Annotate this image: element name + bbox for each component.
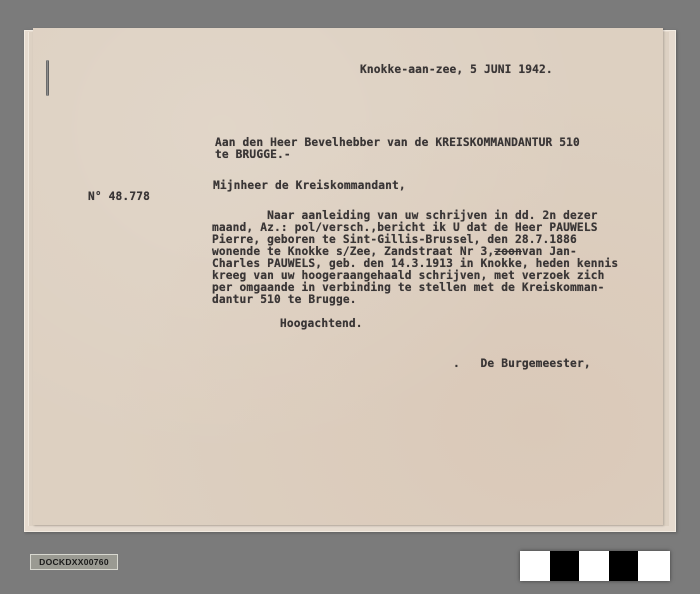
- calibration-color-bar: [520, 551, 670, 581]
- staple-icon: [46, 60, 49, 96]
- calibration-cell-white: [520, 551, 550, 581]
- closing: Hoogachtend.: [280, 318, 363, 330]
- addressee-line-2: te BRUGGE.-: [215, 149, 291, 161]
- signature-title: . De Burgemeester,: [453, 358, 591, 370]
- reference-number: N° 48.778: [88, 191, 150, 203]
- calibration-cell-white: [638, 551, 670, 581]
- body-line: dantur 510 te Brugge.: [212, 294, 357, 306]
- calibration-cell-black: [550, 551, 579, 581]
- calibration-cell-white: [579, 551, 609, 581]
- archive-id-label: DOCKDXX00760: [30, 554, 118, 570]
- place-date: Knokke-aan-zee, 5 JUNI 1942.: [360, 64, 553, 76]
- calibration-cell-black: [609, 551, 638, 581]
- salutation: Mijnheer de Kreiskommandant,: [213, 180, 406, 192]
